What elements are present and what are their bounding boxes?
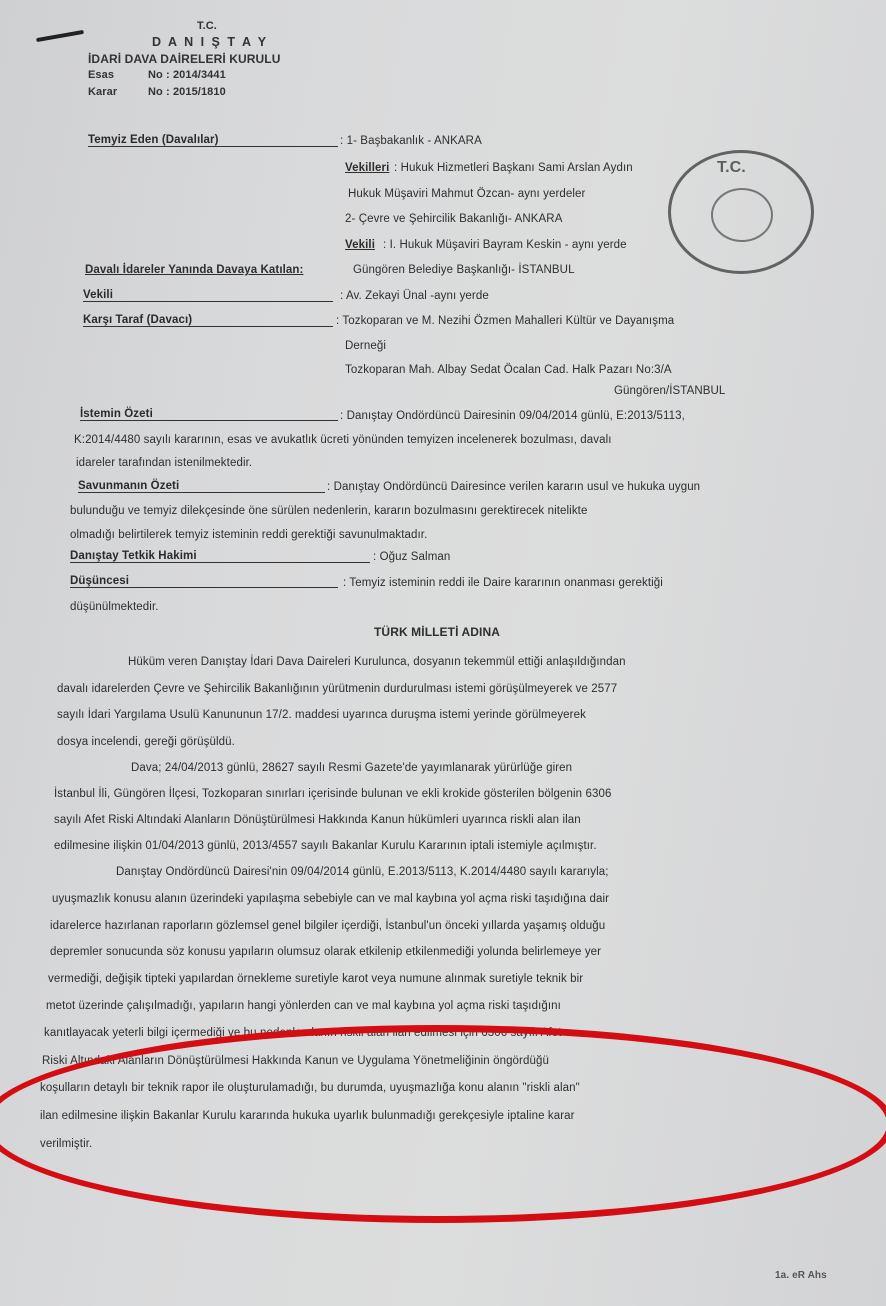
official-stamp: T.C. bbox=[668, 150, 814, 274]
istemin-line-1: : Danıştay Ondördüncü Dairesinin 09/04/2… bbox=[340, 410, 685, 422]
istemin-line-2: K:2014/4480 sayılı kararının, esas ve av… bbox=[74, 434, 612, 446]
p3-line-1: Danıştay Ondördüncü Dairesi'nin 09/04/20… bbox=[116, 866, 609, 878]
katilan-vekili-label: Vekili bbox=[83, 289, 333, 302]
p2-line-3: sayılı Afet Riski Altındaki Alanların Dö… bbox=[54, 814, 581, 826]
p2-line-1: Dava; 24/04/2013 günlü, 28627 sayılı Res… bbox=[131, 762, 572, 774]
p3-line-4: depremler sonucunda söz konusu yapıların… bbox=[50, 946, 601, 958]
header-board: İDARİ DAVA DAİRELERİ KURULU bbox=[88, 52, 280, 66]
vekilleri-label: Vekilleri bbox=[345, 162, 389, 174]
dusunce-label: Düşüncesi bbox=[70, 575, 338, 588]
savunma-line-2: bulunduğu ve temyiz dilekçesinde öne sür… bbox=[70, 505, 587, 517]
vekili-label: Vekili bbox=[345, 239, 375, 251]
karsi-taraf-4: Güngören/İSTANBUL bbox=[614, 385, 725, 397]
header-tc: T.C. bbox=[197, 20, 217, 32]
karsi-taraf-1: : Tozkoparan ve M. Nezihi Özmen Mahaller… bbox=[336, 315, 674, 327]
red-highlight-ellipse bbox=[0, 1025, 886, 1223]
p1-line-3: sayılı İdari Yargılama Usulü Kanununun 1… bbox=[57, 709, 586, 721]
istemin-label: İstemin Özeti bbox=[80, 408, 338, 421]
esas-number: No : 2014/3441 bbox=[148, 69, 226, 81]
body-title: TÜRK MİLLETİ ADINA bbox=[374, 625, 500, 639]
savunma-line-1: : Danıştay Ondördüncü Dairesince verilen… bbox=[327, 481, 700, 493]
temyiz-eden-2: 2- Çevre ve Şehircilik Bakanlığı- ANKARA bbox=[345, 213, 562, 225]
p3-line-6: metot üzerinde çalışılmadığı, yapıların … bbox=[46, 1000, 561, 1012]
karsi-taraf-label: Karşı Taraf (Davacı) bbox=[83, 314, 333, 327]
katilan: Güngören Belediye Başkanlığı- İSTANBUL bbox=[353, 264, 575, 276]
p2-line-4: edilmesine ilişkin 01/04/2013 günlü, 201… bbox=[54, 840, 597, 852]
temyiz-eden-1: : 1- Başbakanlık - ANKARA bbox=[340, 135, 482, 147]
dusunce-line-2: düşünülmektedir. bbox=[70, 601, 159, 613]
vekili-2: : I. Hukuk Müşaviri Bayram Keskin - aynı… bbox=[383, 239, 627, 251]
hakim-label: Danıştay Tetkik Hakimi bbox=[70, 550, 370, 563]
katilan-label: Davalı İdareler Yanında Davaya Katılan: bbox=[85, 264, 303, 276]
karar-label: Karar bbox=[88, 86, 117, 98]
pen-mark bbox=[36, 30, 84, 42]
savunma-line-3: olmadığı belirtilerek temyiz isteminin r… bbox=[70, 529, 427, 541]
karsi-taraf-3: Tozkoparan Mah. Albay Sedat Öcalan Cad. … bbox=[345, 364, 672, 376]
karar-number: No : 2015/1810 bbox=[148, 86, 226, 98]
katilan-vekili: : Av. Zekayi Ünal -aynı yerde bbox=[340, 290, 489, 302]
p2-line-2: İstanbul İli, Güngören İlçesi, Tozkopara… bbox=[54, 788, 611, 800]
dusunce-line-1: : Temyiz isteminin reddi ile Daire karar… bbox=[343, 577, 663, 589]
p1-line-1: Hüküm veren Danıştay İdari Dava Daireler… bbox=[128, 656, 626, 668]
p3-line-3: idarelerce hazırlanan raporların gözlems… bbox=[50, 920, 605, 932]
header-court: D A N I Ş T A Y bbox=[152, 35, 268, 49]
stamp-emblem bbox=[711, 188, 773, 242]
vekilleri-2: Hukuk Müşaviri Mahmut Özcan- aynı yerdel… bbox=[348, 188, 585, 200]
p1-line-2: davalı idarelerden Çevre ve Şehircilik B… bbox=[57, 683, 617, 695]
p3-line-2: uyuşmazlık konusu alanın üzerindeki yapı… bbox=[52, 893, 609, 905]
temyiz-eden-label: Temyiz Eden (Davalılar) bbox=[88, 134, 338, 147]
p3-line-5: vermediği, değişik tipteki yapılardan ör… bbox=[48, 973, 583, 985]
istemin-line-3: idareler tarafından istenilmektedir. bbox=[76, 457, 252, 469]
hakim-name: : Oğuz Salman bbox=[373, 551, 450, 563]
savunma-label: Savunmanın Özeti bbox=[78, 480, 325, 493]
footer-initials: 1a. eR Ahs bbox=[775, 1270, 827, 1281]
document-page: T.C. D A N I Ş T A Y İDARİ DAVA DAİRELER… bbox=[0, 0, 886, 1306]
vekilleri-1: : Hukuk Hizmetleri Başkanı Sami Arslan A… bbox=[394, 162, 633, 174]
p1-line-4: dosya incelendi, gereği görüşüldü. bbox=[57, 736, 235, 748]
esas-label: Esas bbox=[88, 69, 114, 81]
karsi-taraf-2: Derneği bbox=[345, 340, 386, 352]
